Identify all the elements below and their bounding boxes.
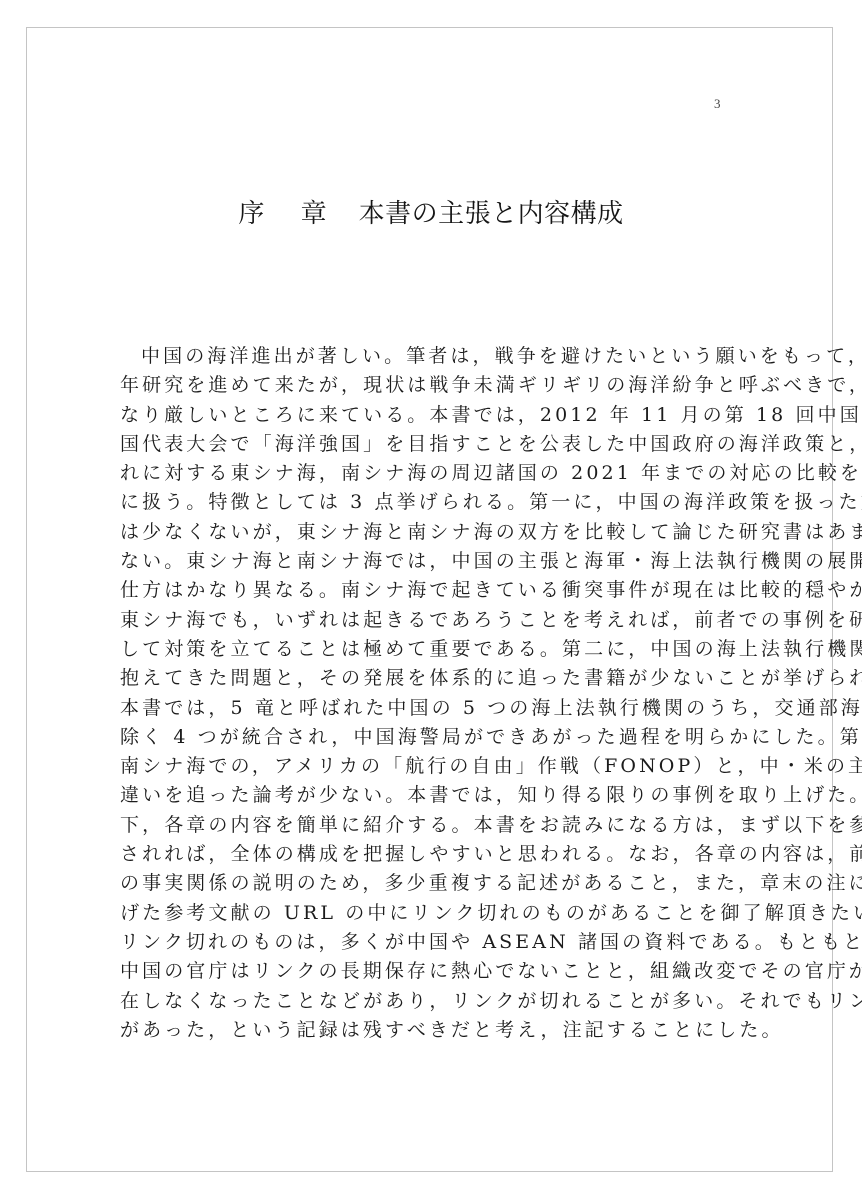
text-line: 違いを追った論考が少ない。本書では，知り得る限りの事例を取り上げた。以 xyxy=(120,781,760,810)
text-line: れに対する東シナ海，南シナ海の周辺諸国の 2021 年までの対応の比較を中心 xyxy=(120,459,760,488)
text-line: 中国の海洋進出が著しい。筆者は，戦争を避けたいという願いをもって，長 xyxy=(120,342,760,371)
chapter-label: 序 章 xyxy=(238,199,340,229)
text-line: 年研究を進めて来たが，現状は戦争未満ギリギリの海洋紛争と呼ぶべきで，か xyxy=(120,371,760,400)
text-line: 在しなくなったことなどがあり，リンクが切れることが多い。それでもリンク xyxy=(120,987,760,1016)
text-line: の事実関係の説明のため，多少重複する記述があること，また，章末の注に挙 xyxy=(120,869,760,898)
text-line: 南シナ海での，アメリカの「航行の自由」作戦（FONOP）と，中・米の主張の xyxy=(120,752,760,781)
text-line: があった，という記録は残すべきだと考え，注記することにした。 xyxy=(120,1016,760,1045)
text-line: して対策を立てることは極めて重要である。第二に，中国の海上法執行機関の xyxy=(120,635,760,664)
text-line: リンク切れのものは，多くが中国や ASEAN 諸国の資料である。もともと， xyxy=(120,928,760,957)
text-line: されれば，全体の構成を把握しやすいと思われる。なお，各章の内容は，前後 xyxy=(120,840,760,869)
text-line: に扱う。特徴としては 3 点挙げられる。第一に，中国の海洋政策を扱った文献 xyxy=(120,488,760,517)
text-line: 国代表大会で「海洋強国」を目指すことを公表した中国政府の海洋政策と，そ xyxy=(120,430,760,459)
chapter-title: 序 章本書の主張と内容構成 xyxy=(0,197,862,231)
page-number: 3 xyxy=(714,96,721,112)
body-paragraph: 中国の海洋進出が著しい。筆者は，戦争を避けたいという願いをもって，長 年研究を進… xyxy=(120,342,760,1045)
text-line: 仕方はかなり異なる。南シナ海で起きている衝突事件が現在は比較的穏やかな xyxy=(120,576,760,605)
text-line: ない。東シナ海と南シナ海では，中国の主張と海軍・海上法執行機関の展開の xyxy=(120,547,760,576)
text-line: 東シナ海でも，いずれは起きるであろうことを考えれば，前者での事例を研究 xyxy=(120,606,760,635)
chapter-title-text: 本書の主張と内容構成 xyxy=(359,199,624,229)
text-line: 抱えてきた問題と，その発展を体系的に追った書籍が少ないことが挙げられる。 xyxy=(120,664,760,693)
text-line: げた参考文献の URL の中にリンク切れのものがあることを御了解頂きたい。 xyxy=(120,899,760,928)
text-line: 本書では，5 竜と呼ばれた中国の 5 つの海上法執行機関のうち，交通部海巡を xyxy=(120,694,760,723)
text-line: なり厳しいところに来ている。本書では，2012 年 11 月の第 18 回中国共… xyxy=(120,401,760,430)
text-line: は少なくないが，東シナ海と南シナ海の双方を比較して論じた研究書はあまり xyxy=(120,518,760,547)
text-line: 下，各章の内容を簡単に紹介する。本書をお読みになる方は，まず以下を参照 xyxy=(120,811,760,840)
text-line: 除く 4 つが統合され，中国海警局ができあがった過程を明らかにした。第三に， xyxy=(120,723,760,752)
text-line: 中国の官庁はリンクの長期保存に熱心でないことと，組織改変でその官庁が存 xyxy=(120,957,760,986)
